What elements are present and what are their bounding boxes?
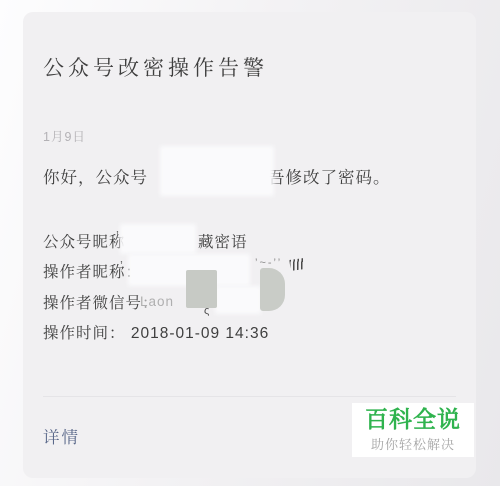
alert-title: 公众号改密操作告警 [43, 52, 268, 82]
watermark-title: 百科全说 [365, 407, 461, 431]
masked-char-remnant: 吾 [268, 169, 286, 187]
message-date: 1月9日 [43, 127, 86, 145]
detail-link[interactable]: 详情 [43, 424, 80, 448]
detail-colon: ： [126, 264, 143, 281]
censored-remnant: ’~-’’ [255, 257, 282, 269]
detail-row-account-nickname: 公众号昵称： ’ 藏密语 [43, 230, 463, 254]
body-prefix: 你好，公众号 [43, 164, 148, 188]
censored-remnant: ’ [120, 258, 124, 273]
detail-label: 操作时间 [43, 325, 109, 342]
detail-row-operation-time: 操作时间： 2018-01-09 14:36 [43, 321, 463, 345]
detail-label: 公众号昵称 [43, 234, 126, 251]
detail-row-operator-wechat-id: 操作者微信号： Laon [43, 291, 463, 315]
watermark-subtitle: 助你轻松解决 [371, 434, 455, 453]
watermark-badge: 百科全说 助你轻松解决 [352, 403, 474, 457]
censored-stroke-remnant: ς [204, 305, 209, 317]
divider [43, 396, 456, 397]
body-suffix: 吾修改了密码。 [268, 164, 391, 188]
notification-card[interactable]: 公众号改密操作告警 1月9日 你好，公众号 吾修改了密码。 公众号昵称： ’ 藏… [23, 12, 476, 478]
operation-time-value: 2018-01-09 14:36 [131, 325, 269, 342]
detail-label: 操作者昵称 [43, 264, 126, 281]
censored-scribble-mark [289, 258, 304, 271]
detail-colon: ： [109, 325, 126, 342]
censored-remnant: ’ [116, 228, 120, 243]
body-line: 你好，公众号 吾修改了密码。 [23, 164, 476, 190]
detail-colon: ： [126, 234, 143, 251]
detail-label: 操作者微信号 [43, 295, 142, 312]
detail-row-operator-nickname: 操作者昵称： ’ ’~-’’ [43, 260, 463, 284]
censored-remnant: Laon [140, 294, 174, 309]
detail-value: 藏密语 [198, 230, 248, 252]
